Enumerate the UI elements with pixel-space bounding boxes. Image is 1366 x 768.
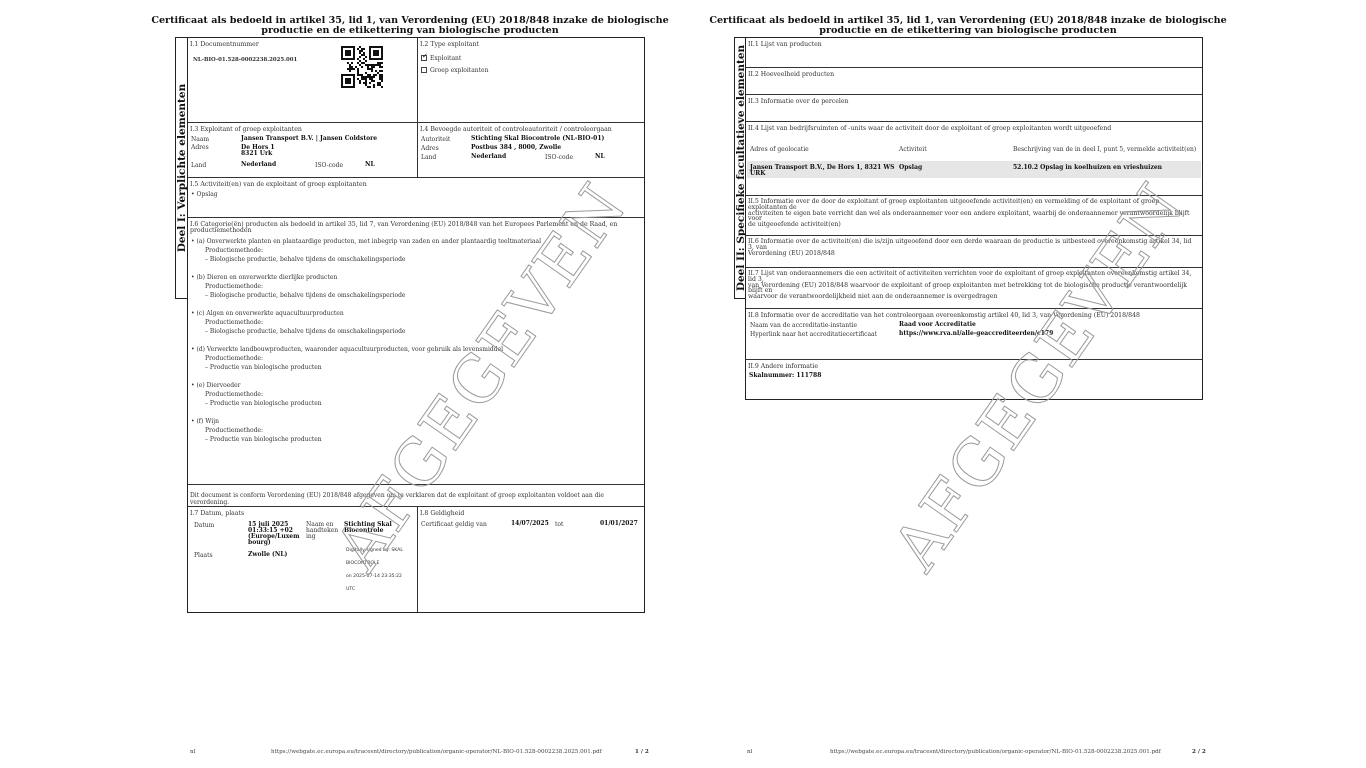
category-name: • (b) Dieren en onverwerkte dierlijke pr…	[191, 274, 640, 281]
i6-label-line-1: I.6 Categorie(ën) producten als bedoeld …	[190, 221, 640, 228]
i4-label: I.4 Bevoegde autoriteit of controleautor…	[420, 126, 640, 133]
method-label: Productiemethode:	[191, 283, 640, 290]
column-header-beschrijving: Beschrijving van de in deel I, punt 5, v…	[1013, 146, 1196, 153]
geldig-label: Certificaat geldig van	[421, 521, 487, 528]
section-ii7: II.7 Lijst van onderaannemers die een ac…	[746, 267, 1202, 308]
adres-label: Adres	[421, 145, 439, 152]
digital-signature: Digitally signed by: SKAL BIOCONTROLE on…	[346, 544, 403, 596]
section-ii5: II.5 Informatie over de door de exploita…	[746, 195, 1202, 235]
naam-handtekening-label: Naam en handteken ing	[306, 522, 338, 540]
option-groep-exploitanten[interactable]: Groep exploitanten	[421, 67, 488, 74]
land-value: Nederland	[241, 162, 276, 169]
datum-value: 15 juli 2025 01:33:15 +02 (Europe/Luxem …	[248, 522, 299, 546]
adres-line: URK	[750, 171, 894, 177]
method-label: Productiemethode:	[191, 391, 640, 398]
method-value: – Biologische productie, behalve tijdens…	[191, 292, 640, 299]
method-label: Productiemethode:	[191, 247, 640, 254]
label-line: II.6 Informatie over de activiteit(en) d…	[748, 239, 1198, 251]
product-category: • (a) Onverwerkte planten en plantaardig…	[191, 238, 640, 263]
datum-label: Datum	[194, 522, 214, 529]
i3-label: I.3 Exploitant of groep exploitanten	[190, 126, 413, 133]
label-line: de uitgeoefende activiteit(en)	[748, 222, 1198, 228]
checkbox-unchecked-icon[interactable]	[421, 67, 427, 73]
value-line: Biocontrole	[344, 528, 392, 534]
section-i8: I.8 Geldigheid Certificaat geldig van 14…	[417, 506, 644, 612]
land-value: Nederland	[471, 154, 506, 161]
i6-label-line-2: productiemethoden	[190, 227, 640, 234]
land-label: Land	[421, 154, 436, 161]
adres-line-2: 8321 Urk	[241, 151, 272, 158]
adres-value: Postbus 384 , 8000, Zwolle	[471, 145, 561, 152]
method-value: – Biologische productie, behalve tijdens…	[191, 328, 640, 335]
datum-line: bourg)	[248, 540, 299, 546]
footer-page-number: 1 / 2	[635, 749, 649, 755]
autoriteit-label: Autoriteit	[421, 136, 450, 143]
footer-language: nl	[747, 749, 752, 755]
certificate-page-1: Certificaat als bedoeld in artikel 35, l…	[130, 0, 690, 768]
title-line-2: productie en de etikettering van biologi…	[130, 26, 690, 36]
section-i4: I.4 Bevoegde autoriteit of controleautor…	[417, 122, 644, 177]
product-category: • (f) WijnProductiemethode:– Productie v…	[191, 418, 640, 443]
option-label: Exploitant	[430, 55, 461, 62]
adres-label: Adres	[191, 144, 209, 151]
signature-line: UTC	[346, 583, 403, 596]
document-number: NL-BIO-01.528-0002238.2025.001	[193, 57, 297, 63]
ii2-label: II.2 Hoeveelheid producten	[748, 71, 1198, 78]
plaats-value: Zwolle (NL)	[248, 552, 287, 559]
valid-from: 14/07/2025	[511, 521, 549, 528]
section-ii2: II.2 Hoeveelheid producten	[746, 67, 1202, 94]
naam-value: Jansen Transport B.V. | Jansen Coldstore	[241, 136, 377, 143]
section-i3: I.3 Exploitant of groep exploitanten Naa…	[188, 122, 417, 177]
section-ii9: II.9 Andere informatie Skalnummer: 11178…	[746, 359, 1202, 399]
footer-url[interactable]: https://webgate.ec.europa.eu/tracesnt/di…	[271, 749, 602, 755]
accreditatie-naam-label: Naam van de accreditatie-instantie	[750, 322, 857, 329]
product-category: • (d) Verwerkte landbouwproducten, waaro…	[191, 346, 640, 371]
part-2-table: II.1 Lijst van producten II.2 Hoeveelhei…	[745, 37, 1203, 400]
method-value: – Productie van biologische producten	[191, 364, 640, 371]
label-line: Verordening (EU) 2018/848	[748, 251, 1198, 257]
section-i5: I.5 Activiteit(en) van de exploitant of …	[188, 177, 644, 217]
category-name: • (d) Verwerkte landbouwproducten, waaro…	[191, 346, 640, 353]
method-label: Productiemethode:	[191, 427, 640, 434]
document-title: Certificaat als bedoeld in artikel 35, l…	[130, 16, 690, 36]
i2-label: I.2 Type exploitant	[420, 41, 640, 48]
i8-label: I.8 Geldigheid	[420, 510, 640, 517]
section-i1: I.1 Documentnummer NL-BIO-01.528-0002238…	[188, 38, 417, 122]
product-category: • (c) Algen en onverwerkte aquacultuurpr…	[191, 310, 640, 335]
label-line: II.7 Lijst van onderaannemers die een ac…	[748, 271, 1198, 283]
title-line-2: productie en de etikettering van biologi…	[688, 26, 1248, 36]
accreditatie-naam-value: Raad voor Accreditatie	[899, 322, 976, 329]
row-activiteit: Opslag	[899, 165, 922, 172]
method-label: Productiemethode:	[191, 319, 640, 326]
i6-label: I.6 Categorie(ën) producten als bedoeld …	[190, 221, 640, 234]
iso-value: NL	[595, 154, 605, 161]
method-value: – Productie van biologische producten	[191, 436, 640, 443]
plaats-label: Plaats	[194, 552, 213, 559]
ii9-label: II.9 Andere informatie	[748, 363, 1198, 370]
category-name: • (e) Diervoeder	[191, 382, 640, 389]
section-ii3: II.3 Informatie over de percelen	[746, 94, 1202, 121]
autoriteit-value: Stichting Skal Biocontrole (NL-BIO-01)	[471, 136, 604, 143]
valid-to: 01/01/2027	[600, 521, 638, 528]
product-category: • (e) DiervoederProductiemethode:– Produ…	[191, 382, 640, 407]
method-value: – Productie van biologische producten	[191, 400, 640, 407]
option-exploitant[interactable]: Exploitant	[421, 55, 461, 62]
signature-line: Digitally signed by: SKAL	[346, 544, 403, 557]
signature-line: BIOCONTROLE	[346, 557, 403, 570]
document-title: Certificaat als bedoeld in artikel 35, l…	[688, 16, 1248, 36]
land-label: Land	[191, 162, 206, 169]
column-header-activiteit: Activiteit	[899, 146, 927, 153]
ii8-label: II.8 Informatie over de accreditatie van…	[748, 312, 1198, 319]
footer-language: nl	[190, 749, 195, 755]
ii1-label: II.1 Lijst van producten	[748, 41, 1198, 48]
ii7-label: II.7 Lijst van onderaannemers die een ac…	[748, 271, 1198, 300]
adres-line: Jansen Transport B.V., De Hors 1, 8321 W…	[750, 165, 894, 171]
label-line: waarvoor de verantwoordelijkheid niet aa…	[748, 294, 1198, 300]
section-ii8: II.8 Informatie over de accreditatie van…	[746, 308, 1202, 359]
label-line: II.5 Informatie over de door de exploita…	[748, 199, 1198, 211]
iso-label: ISO-code	[545, 154, 573, 161]
ii6-label: II.6 Informatie over de activiteit(en) d…	[748, 239, 1198, 256]
row-adres: Jansen Transport B.V., De Hors 1, 8321 W…	[750, 165, 894, 176]
product-category: • (b) Dieren en onverwerkte dierlijke pr…	[191, 274, 640, 299]
naam-label: Naam	[191, 136, 209, 143]
i5-label: I.5 Activiteit(en) van de exploitant of …	[190, 181, 640, 188]
section-ii6: II.6 Informatie over de activiteit(en) d…	[746, 235, 1202, 267]
category-name: • (c) Algen en onverwerkte aquacultuurpr…	[191, 310, 640, 317]
method-value: – Biologische productie, behalve tijdens…	[191, 256, 640, 263]
label-line: ing	[306, 534, 338, 540]
section-ii4: II.4 Lijst van bedrijfsruimten of -units…	[746, 121, 1202, 195]
ii4-label: II.4 Lijst van bedrijfsruimten of -units…	[748, 125, 1198, 132]
category-name: • (f) Wijn	[191, 418, 640, 425]
product-category-list: • (a) Onverwerkte planten en plantaardig…	[191, 238, 640, 454]
naam-handtekening-value: Stichting Skal Biocontrole	[344, 522, 392, 534]
certificate-page-2: Certificaat als bedoeld in artikel 35, l…	[688, 0, 1248, 768]
tot-label: tot	[555, 521, 563, 528]
section-ii1: II.1 Lijst van producten	[746, 38, 1202, 67]
iso-label: ISO-code	[315, 162, 343, 169]
section-i2: I.2 Type exploitant Exploitant Groep exp…	[417, 38, 644, 122]
method-label: Productiemethode:	[191, 355, 640, 362]
accreditatie-link-label: Hyperlink naar het accreditatiecertifica…	[750, 331, 877, 338]
section-i6: I.6 Categorie(ën) producten als bedoeld …	[188, 217, 644, 484]
footer-url[interactable]: https://webgate.ec.europa.eu/tracesnt/di…	[830, 749, 1161, 755]
conform-statement-row: Dit document is conform Verordening (EU)…	[188, 484, 644, 506]
activity-item: • Opslag	[191, 191, 218, 198]
i7-label: I.7 Datum, plaats	[190, 510, 413, 517]
option-label: Groep exploitanten	[430, 67, 488, 74]
row-beschrijving: 52.10.2 Opslag in koelhuizen en vrieshui…	[1013, 165, 1162, 172]
qr-code-icon	[341, 46, 383, 88]
accreditatie-link[interactable]: https://www.rva.nl/alle-geaccrediteerden…	[899, 331, 1053, 338]
part-1-table: I.1 Documentnummer NL-BIO-01.528-0002238…	[187, 37, 645, 613]
category-name: • (a) Onverwerkte planten en plantaardig…	[191, 238, 640, 245]
checkbox-checked-icon[interactable]	[421, 55, 427, 61]
iso-value: NL	[365, 162, 375, 169]
ii3-label: II.3 Informatie over de percelen	[748, 98, 1198, 105]
skalnummer: Skalnummer: 111788	[749, 373, 821, 380]
signature-line: on 2025-07-14 23:35:22	[346, 570, 403, 583]
section-i7: I.7 Datum, plaats Datum 15 juli 2025 01:…	[188, 506, 417, 612]
ii5-label: II.5 Informatie over de door de exploita…	[748, 199, 1198, 228]
footer-page-number: 2 / 2	[1192, 749, 1206, 755]
column-header-adres: Adres of geolocatie	[750, 146, 809, 153]
conform-statement: Dit document is conform Verordening (EU)…	[190, 492, 644, 506]
table-row: Jansen Transport B.V., De Hors 1, 8321 W…	[747, 161, 1201, 178]
